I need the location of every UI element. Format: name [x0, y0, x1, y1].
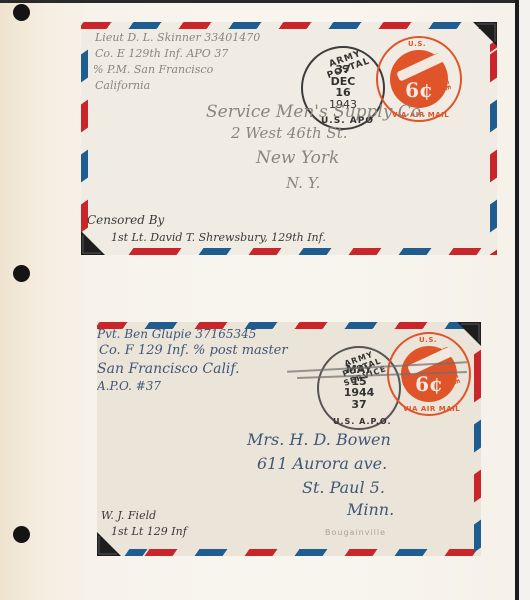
return-address-line: % P.M. San Francisco: [93, 64, 213, 75]
recipient-line: St. Paul 5.: [302, 480, 385, 496]
envelope-1[interactable]: Lieut D. L. Skinner 33401470 Co. E 129th…: [81, 22, 497, 255]
recipient-line: Mrs. H. D. Bowen: [247, 432, 391, 448]
recipient-line: Service Men's Supply Co.: [206, 104, 426, 121]
return-address-line: San Francisco Calif.: [97, 362, 240, 376]
censor-signature: 1st Lt. David T. Shrewsbury, 129th Inf.: [111, 232, 326, 243]
postmark-year: 1944: [319, 387, 399, 399]
recipient-line: N. Y.: [286, 176, 320, 191]
binder-hole-icon: [13, 4, 30, 21]
return-address-line: Lieut D. L. Skinner 33401470: [95, 32, 260, 43]
recipient-line: 2 West 46th St.: [231, 126, 348, 141]
censor-unit: 1st Lt 129 Inf: [111, 526, 187, 537]
return-address-line: A.P.O. #37: [97, 380, 161, 392]
photo-corner-icon: [97, 532, 121, 556]
recipient-line: New York: [256, 150, 339, 167]
airmail-border-bottom: [125, 549, 481, 556]
recipient-line: 611 Aurora ave.: [257, 456, 387, 472]
recipient-line: Minn.: [347, 502, 394, 518]
binder-hole-icon: [13, 526, 30, 543]
photo-corner-icon: [457, 322, 481, 346]
postmark-day: 16: [303, 87, 383, 99]
photo-corner-icon: [473, 22, 497, 46]
airmail-border-right: [490, 40, 497, 255]
envelope-2[interactable]: Pvt. Ben Glupie 37165345 Co. F 129 Inf. …: [97, 322, 481, 556]
airmail-border-top: [81, 22, 497, 29]
airmail-border-right: [474, 340, 481, 556]
pencil-note: Bougainville: [325, 529, 386, 537]
airmail-border-bottom: [119, 248, 497, 255]
postmark-unit: 37: [303, 64, 383, 76]
binder-hole-icon: [13, 265, 30, 282]
return-address-line: California: [95, 80, 150, 91]
page-top-border: [0, 0, 519, 3]
censor-line: Censored By: [87, 214, 164, 226]
postmark-unit: 37: [319, 399, 399, 411]
page-margin: [519, 0, 530, 600]
return-address-line: Pvt. Ben Glupie 37165345: [97, 328, 256, 340]
photo-corner-icon: [81, 231, 105, 255]
censor-signature: W. J. Field: [101, 510, 156, 521]
return-address-line: Co. F 129 Inf. % post master: [99, 344, 288, 357]
return-address-line: Co. E 129th Inf. APO 37: [95, 48, 228, 59]
